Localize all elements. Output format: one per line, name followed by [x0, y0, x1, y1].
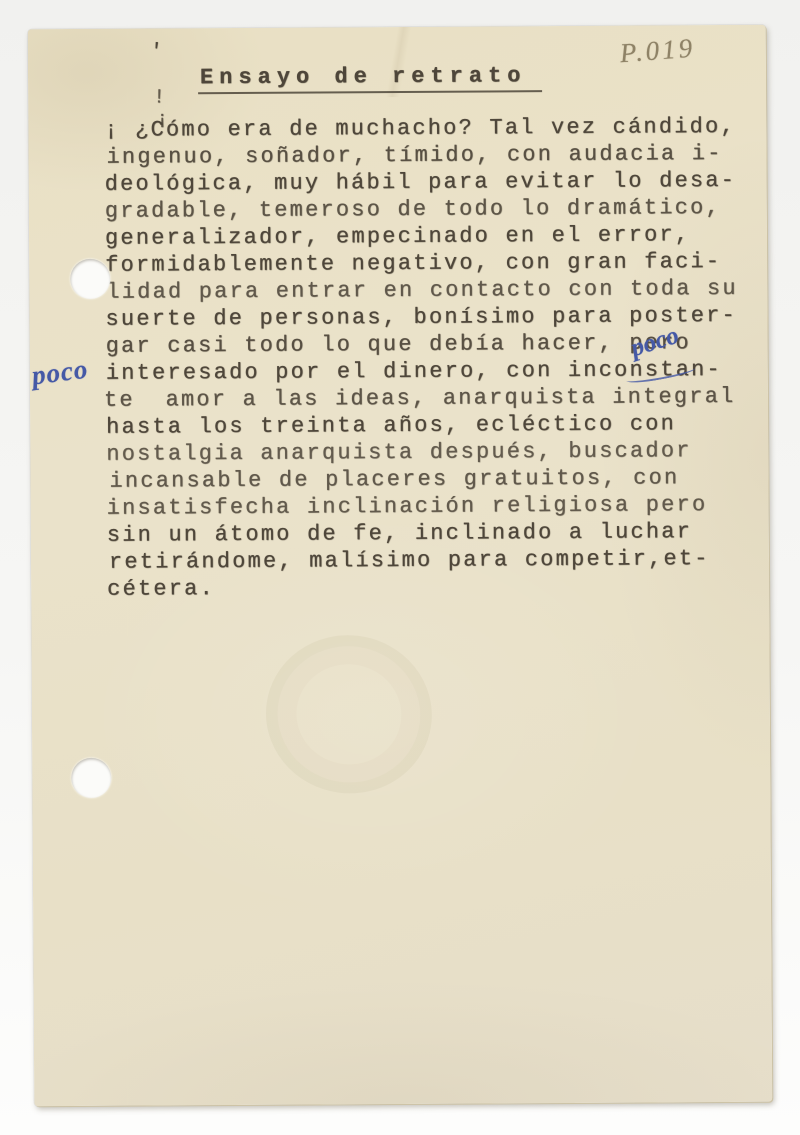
typewritten-line: generalizador, empecinado en el error, — [105, 221, 765, 252]
archival-code-annotation: P.019 — [619, 33, 696, 70]
typewritten-line: lidad para entrar en contacto con toda s… — [106, 275, 765, 306]
typewritten-line: ¡ ¿Cómo era de muchacho? Tal vez cándido… — [104, 113, 764, 144]
typewritten-line: te amor a las ideas, anarquista integral — [104, 383, 766, 414]
document-title: Ensayo de retrato — [198, 63, 543, 94]
typewritten-line: deológica, muy hábil para evitar lo desa… — [105, 167, 765, 198]
typewritten-line: retirándome, malísimo para competir,et- — [109, 545, 767, 576]
punch-hole-top — [70, 259, 110, 299]
scanned-document-page: P.019 ' ! ¡ Ensayo de retrato ¡ ¿Cómo er… — [0, 0, 800, 1135]
typewritten-line: hasta los treinta años, ecléctico con — [106, 410, 766, 441]
paper-sheet: P.019 ' ! ¡ Ensayo de retrato ¡ ¿Cómo er… — [28, 25, 773, 1106]
punch-hole-bottom — [71, 758, 111, 798]
typewritten-line: incansable de placeres gratuitos, con — [109, 464, 766, 495]
faint-stamp-impression — [256, 625, 441, 804]
typewritten-line: nostalgia anarquista después, buscador — [106, 437, 766, 468]
stray-typewriter-mark: ' — [149, 40, 163, 64]
typewritten-line: ingenuo, soñador, tímido, con audacia i- — [106, 140, 764, 171]
typewritten-line: sin un átomo de fe, inclinado a luchar — [107, 518, 767, 549]
typewritten-body: ¡ ¿Cómo era de muchacho? Tal vez cándido… — [104, 113, 767, 603]
handwritten-margin-note: poco — [30, 354, 90, 392]
stray-typewriter-mark: ! — [153, 86, 166, 109]
typewritten-line: gradable, temeroso de todo lo dramático, — [105, 194, 765, 225]
typewritten-line: formidablemente negativo, con gran faci- — [105, 248, 765, 279]
typewritten-line: cétera. — [107, 572, 767, 603]
typewritten-line: insatisfecha inclinación religiosa pero — [107, 491, 767, 522]
